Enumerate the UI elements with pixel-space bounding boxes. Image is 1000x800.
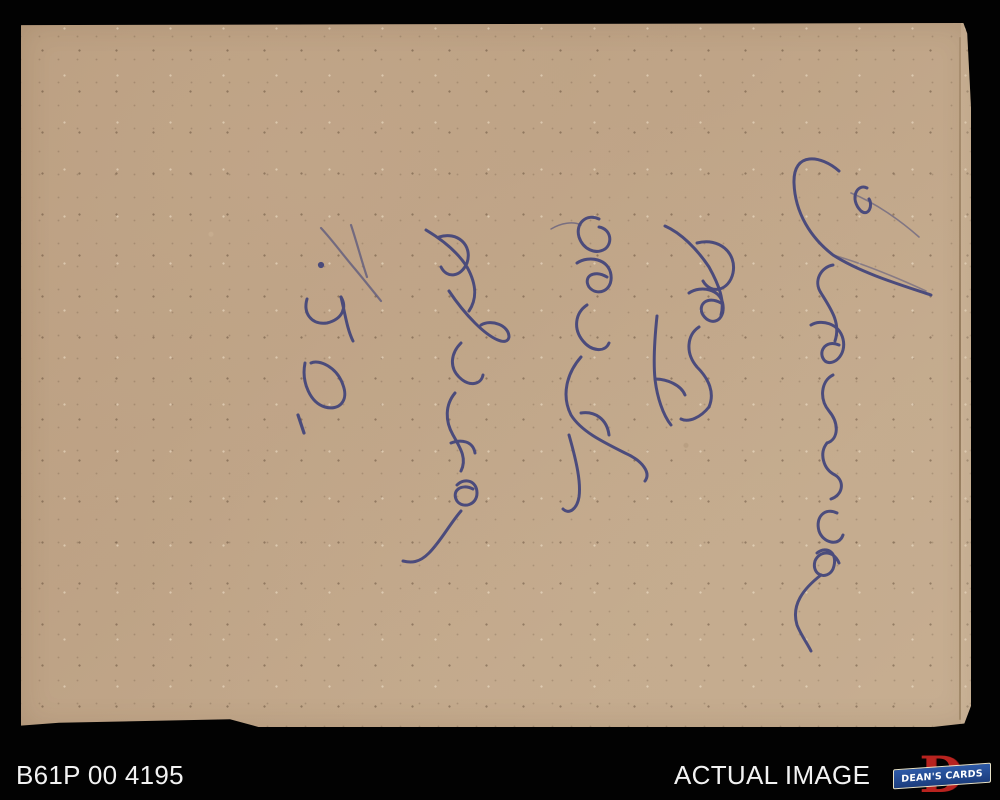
actual-image-label: ACTUAL IMAGE bbox=[674, 760, 870, 790]
word-player bbox=[403, 230, 509, 562]
handwriting-line-4: each bbox=[21, 23, 22, 24]
handwriting-strokes bbox=[21, 23, 971, 727]
handwriting-line-5: player bbox=[21, 23, 22, 24]
handwriting-line-3: 2 bbox=[21, 23, 22, 24]
handwriting-line-2: Pay bbox=[21, 23, 22, 24]
deans-cards-logo: D DEAN'S CARDS bbox=[893, 752, 989, 798]
card-back: Chance Pay 2 each player 1.50. bbox=[21, 23, 971, 727]
price-value bbox=[298, 225, 381, 433]
handwriting-line-1: Chance bbox=[21, 23, 22, 24]
logo-banner: DEAN'S CARDS bbox=[893, 763, 991, 790]
handwritten-note: Chance Pay 2 each player 1.50. bbox=[21, 23, 971, 727]
word-each bbox=[551, 217, 647, 511]
word-chance bbox=[794, 159, 931, 651]
numeral-two bbox=[654, 316, 685, 425]
logo-text: DEAN'S CARDS bbox=[901, 768, 983, 785]
photo-stage: Chance Pay 2 each player 1.50. bbox=[0, 0, 1000, 800]
handwriting-line-6: 1.50. bbox=[21, 23, 22, 24]
item-code: B61P 00 4195 bbox=[16, 760, 184, 790]
word-pay bbox=[665, 226, 734, 420]
